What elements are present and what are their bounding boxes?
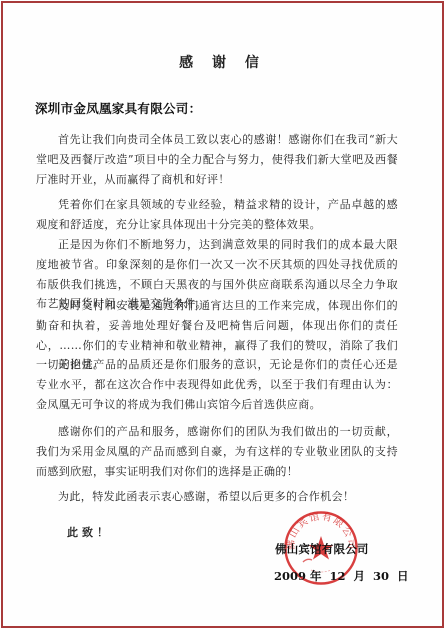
salutation-recipient: 深圳市金凤凰家具有限公司： — [35, 99, 201, 117]
paragraph-1: 首先让我们向贵司全体员工致以衷心的感谢！感谢你们在我司“新大堂吧及西餐厅改造”项… — [36, 130, 398, 189]
paragraph-5: 无论是产品的品质还是你们服务的意识，无论是你们的责任心还是专业水平，都在这次合作… — [36, 355, 398, 414]
paragraph-7: 为此，特发此函表示衷心感谢，希望以后更多的合作机会！ — [36, 487, 398, 507]
signature-date: 2009 年 12 月 30 日 — [274, 568, 409, 584]
letter-title: 感 谢 信 — [0, 52, 445, 72]
paragraph-2: 凭着你们在家具领域的专业经验，精益求精的设计，产品卓越的感观度和舒适度，充分让家… — [36, 195, 398, 235]
paragraph-6: 感谢你们的产品和服务，感谢你们的团队为我们做出的一切贡献，我们为采用金凤凰的产品… — [36, 422, 398, 481]
signature-company: 佛山宾馆有限公司 — [275, 541, 369, 557]
closing-salute: 此致！ — [67, 524, 112, 540]
